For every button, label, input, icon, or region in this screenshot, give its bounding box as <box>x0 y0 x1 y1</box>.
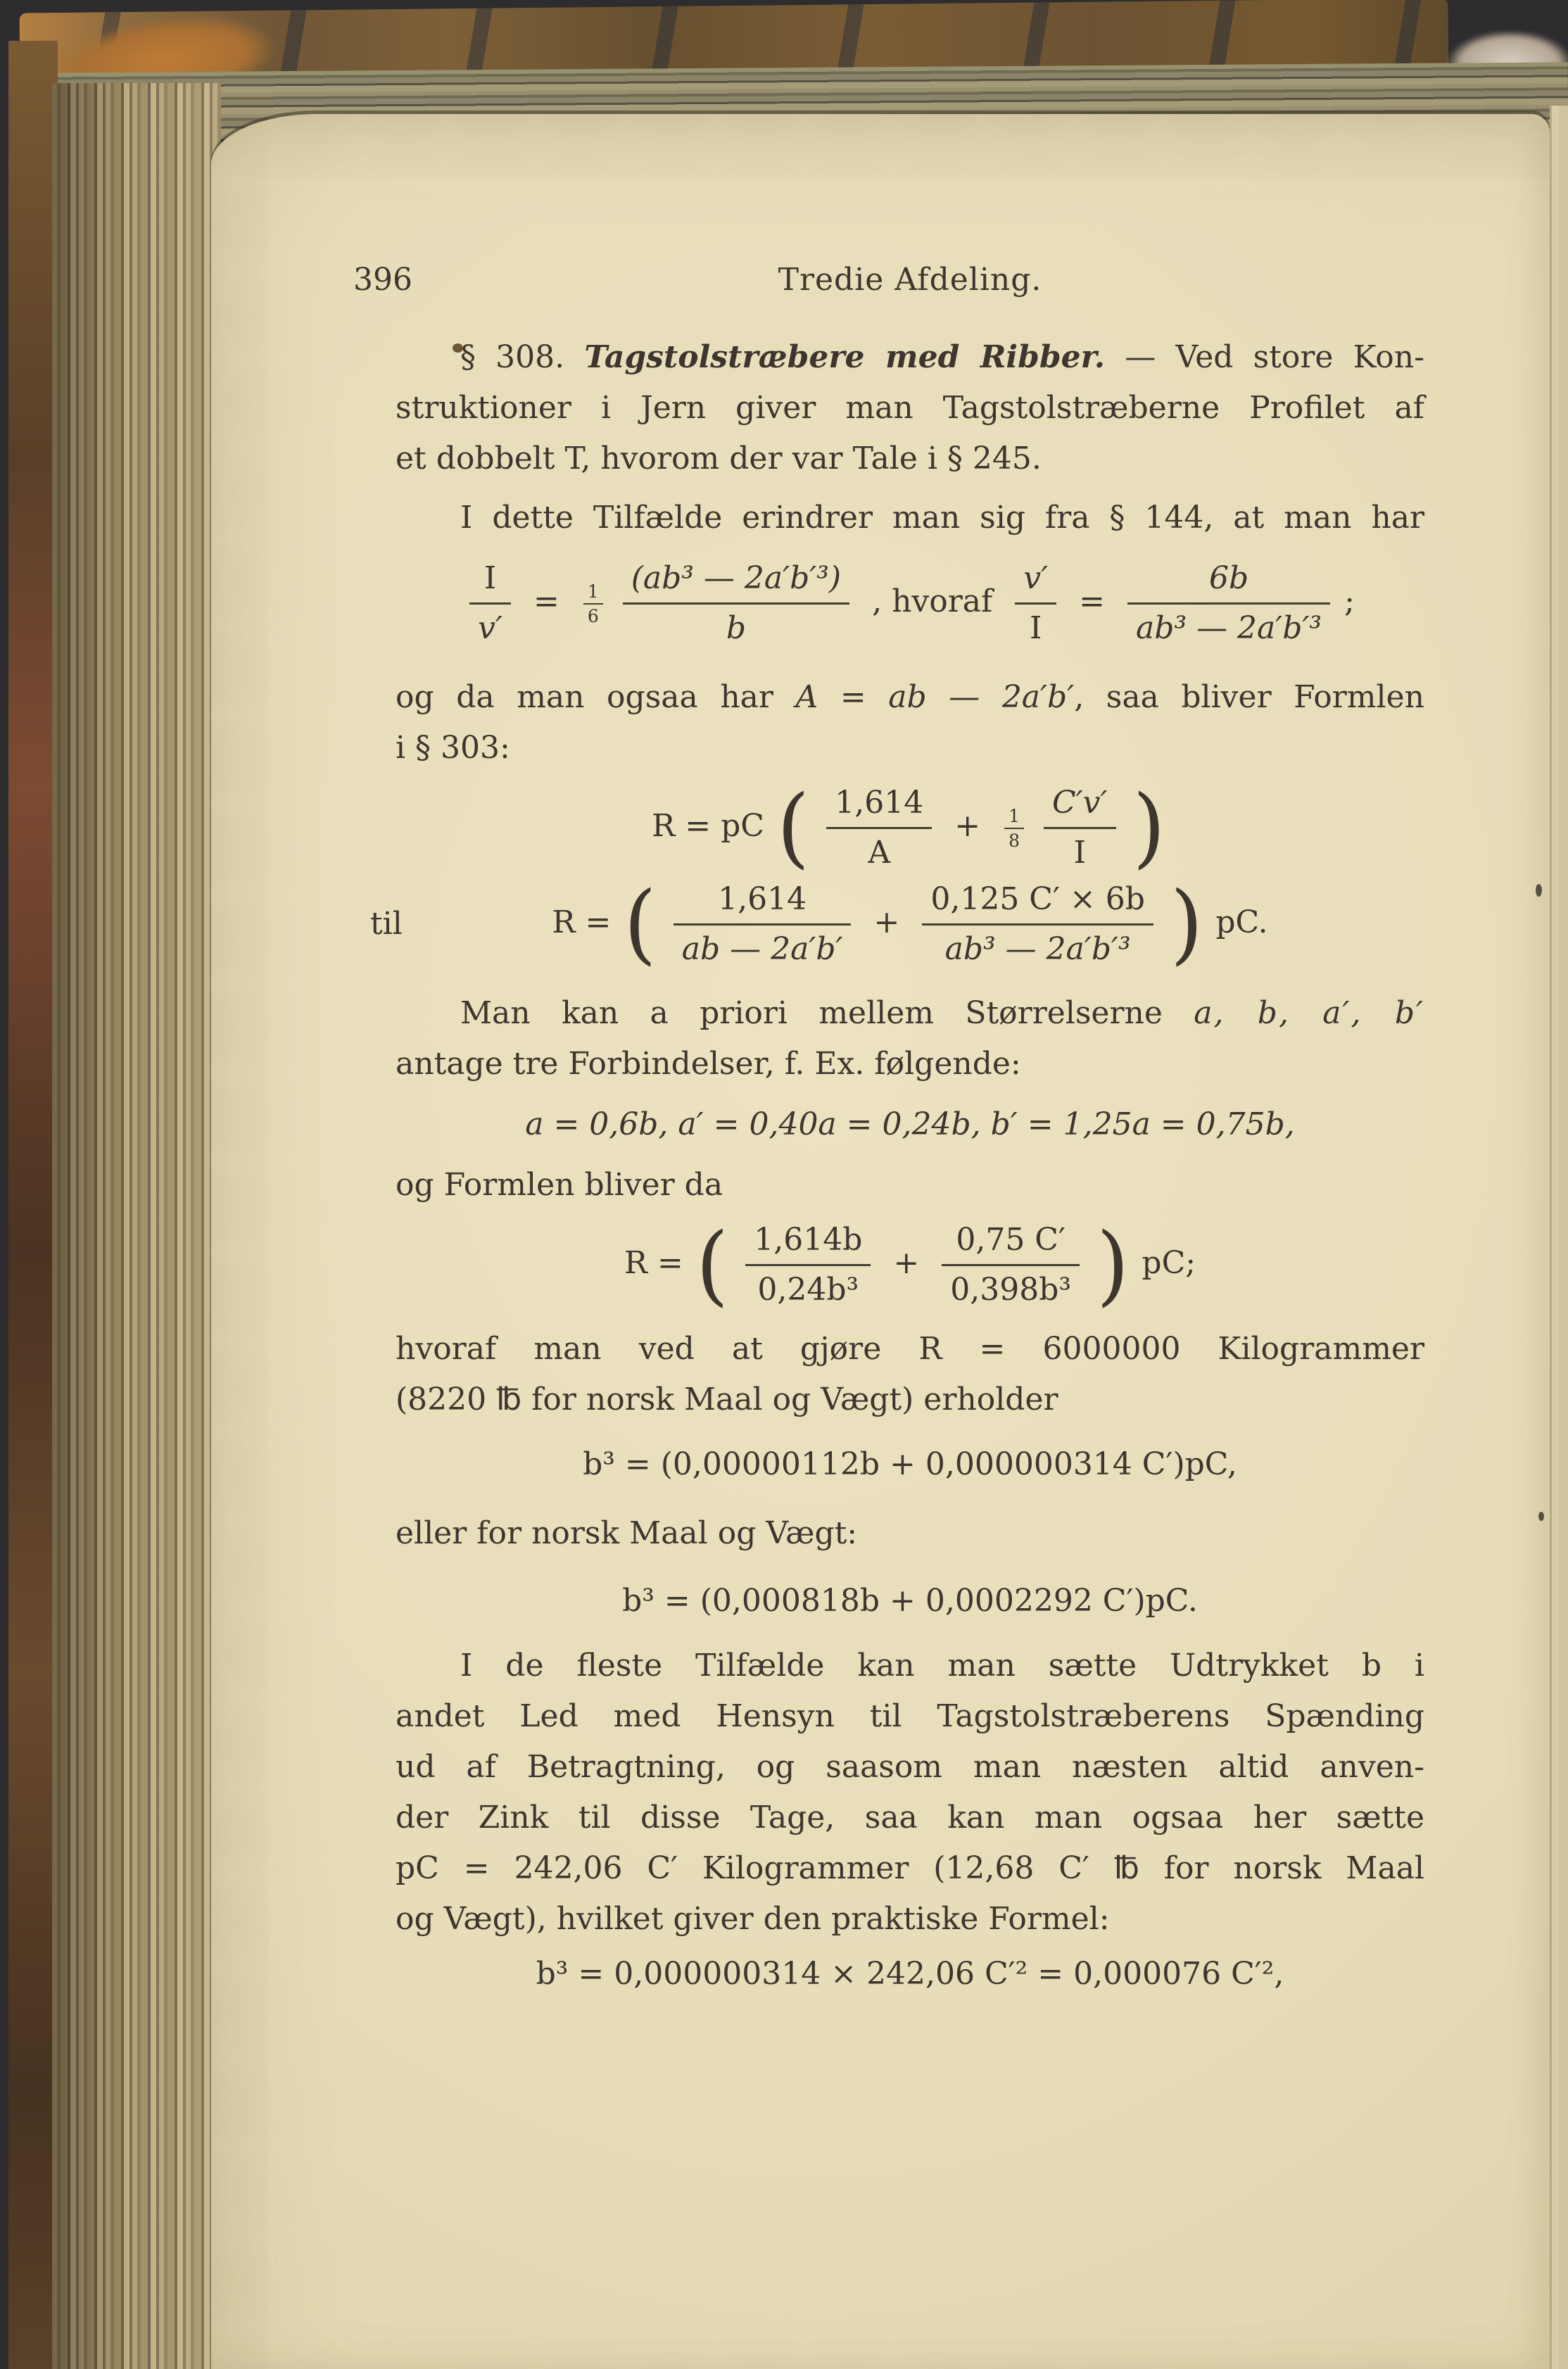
denominator: I <box>1044 829 1116 873</box>
math-operator: = <box>1079 583 1105 619</box>
math-text: pC; <box>1142 1245 1196 1281</box>
equation-b3-metric: b³ = (0,00000112b + 0,000000314 C′)pC, <box>396 1446 1424 1483</box>
paragraph-line: pC = 242,06 C′ Kilogrammer (12,68 C′ ℔ f… <box>396 1843 1424 1894</box>
paragraph-line: i § 303: <box>396 723 1424 773</box>
math-punctuation: ; <box>1344 583 1355 619</box>
paragraph-line: et dobbelt T, hvorom der var Tale i § 24… <box>396 434 1424 484</box>
math-operator: = <box>533 583 559 619</box>
math-text: R = <box>552 904 621 940</box>
paragraph-line: der Zink til disse Tage, saa kan man ogs… <box>396 1793 1424 1843</box>
paragraph-line: Man kan a priori mellem Størrelserne a, … <box>396 988 1424 1039</box>
equation-b3-practical: b³ = 0,000000314 × 242,06 C′² = 0,000076… <box>396 1956 1424 1992</box>
denominator: 0,24b³ <box>745 1266 871 1310</box>
math-text: pC. <box>1215 904 1267 940</box>
book-scan: 396 Tredie Afdeling. § 308. Tagstolstræb… <box>0 0 1568 2369</box>
math-operator: + <box>954 808 980 844</box>
paragraph-area: og da man ogsaa har A = ab — 2a′b′, saa … <box>396 672 1424 773</box>
paper-speck <box>1538 1512 1544 1521</box>
paragraph-line: hvoraf man ved at gjøre R = 6000000 Kilo… <box>396 1324 1424 1375</box>
math-text: R = pC <box>652 808 764 844</box>
math-small-fraction: 18 <box>1004 806 1024 849</box>
equation-b3-norsk: b³ = (0,000818b + 0,0002292 C′)pC. <box>396 1583 1424 1619</box>
math-fraction: v′I <box>1015 559 1056 648</box>
denominator: ab³ — 2a′b′³ <box>922 926 1153 969</box>
paragraph-hvoraf: hvoraf man ved at gjøre R = 6000000 Kilo… <box>396 1324 1424 1425</box>
paragraph-text: — Ved store Kon- <box>1125 339 1424 375</box>
denominator: 6 <box>583 605 603 625</box>
page-content: 396 Tredie Afdeling. § 308. Tagstolstræb… <box>396 255 1424 2007</box>
paragraph-line: og da man ogsaa har A = ab — 2a′b′, saa … <box>396 672 1424 723</box>
paragraph-308: § 308. Tagstolstræbere med Ribber. — Ved… <box>396 332 1424 484</box>
math-fraction: 1,614b0,24b³ <box>745 1220 871 1310</box>
formula-r-expanded: til R = ( 1,614ab — 2a′b′ + 0,125 C′ × 6… <box>396 880 1424 969</box>
denominator: 8 <box>1004 829 1024 849</box>
paragraph-line: § 308. Tagstolstræbere med Ribber. — Ved… <box>396 332 1424 383</box>
denominator: ab³ — 2a′b′³ <box>1127 605 1330 648</box>
math-fraction: 1,614A <box>826 783 932 873</box>
math-fraction: Iv′ <box>469 559 511 648</box>
math-inline: A = ab — 2a′b′ <box>796 679 1075 715</box>
formula-side-label: til <box>370 906 403 942</box>
numerator: C′v′ <box>1044 783 1116 829</box>
section-title: Tagstolstræbere med Ribber. <box>584 339 1105 375</box>
paragraph-line: struktioner i Jern giver man Tagstolstræ… <box>396 383 1424 434</box>
math-text: , hvoraf <box>872 583 992 619</box>
denominator: ab — 2a′b′ <box>674 926 852 969</box>
denominator: I <box>1015 605 1056 648</box>
math-fraction: C′v′I <box>1044 783 1116 873</box>
paragraph-final: I de fleste Tilfælde kan man sætte Udtry… <box>396 1641 1424 1945</box>
math-small-fraction: 16 <box>583 581 603 625</box>
paragraph-line: og Vægt), hvilket giver den praktiske Fo… <box>396 1894 1424 1945</box>
paragraph-line: ud af Betragtning, og saasom man næsten … <box>396 1742 1424 1793</box>
paragraph-line: og Formlen bliver da <box>396 1160 1424 1211</box>
paragraph-intro-formula: I dette Tilfælde erindrer man sig fra § … <box>396 493 1424 543</box>
paragraph-formlen: og Formlen bliver da <box>396 1160 1424 1211</box>
denominator: b <box>623 605 849 648</box>
math-operator: + <box>893 1245 919 1281</box>
paragraph-eller: eller for norsk Maal og Vægt: <box>396 1508 1424 1559</box>
equation-relations: a = 0,6b, a′ = 0,40a = 0,24b, b′ = 1,25a… <box>396 1106 1424 1143</box>
book-left-page-stack <box>52 83 221 2369</box>
paragraph-line: I de fleste Tilfælde kan man sætte Udtry… <box>396 1641 1424 1691</box>
numerator: 1,614 <box>674 880 852 926</box>
section-number: § 308. <box>460 339 564 375</box>
paragraph-relations: Man kan a priori mellem Størrelserne a, … <box>396 988 1424 1089</box>
numerator: 1 <box>1004 806 1024 829</box>
numerator: 0,75 C′ <box>942 1220 1080 1266</box>
paragraph-text: og da man ogsaa har <box>396 679 796 715</box>
page-number: 396 <box>353 255 412 305</box>
paragraph-line: eller for norsk Maal og Vægt: <box>396 1508 1424 1559</box>
numerator: I <box>469 559 511 605</box>
page-header: 396 Tredie Afdeling. <box>396 255 1424 305</box>
paper-speck <box>1536 884 1542 897</box>
paragraph-text: , saa bliver Formlen <box>1074 679 1424 715</box>
math-fraction: 1,614ab — 2a′b′ <box>674 880 852 969</box>
formula-r-general: R = pC ( 1,614A + 18 C′v′I ) <box>396 783 1424 873</box>
paragraph-line: (8220 ℔ for norsk Maal og Vægt) erholder <box>396 1375 1424 1425</box>
numerator: v′ <box>1015 559 1056 605</box>
math-inline: a, b, a′, b′ <box>1194 995 1424 1031</box>
numerator: 0,125 C′ × 6b <box>922 880 1153 926</box>
paragraph-line: antage tre Forbindelser, f. Ex. følgende… <box>396 1039 1424 1089</box>
formula-inertia: Iv′ = 16 (ab³ — 2a′b′³)b , hvoraf v′I = … <box>396 559 1424 648</box>
running-header: Tredie Afdeling. <box>396 255 1424 305</box>
numerator: 1,614 <box>826 783 932 829</box>
book-right-page-edge <box>1550 106 1568 2369</box>
paragraph-line: andet Led med Hensyn til Tagstolstræbere… <box>396 1691 1424 1742</box>
numerator: (ab³ — 2a′b′³) <box>623 559 849 605</box>
paragraph-text: Man kan a priori mellem Størrelserne <box>460 995 1194 1031</box>
book-left-cover-edge <box>8 41 58 2369</box>
math-operator: + <box>873 904 899 940</box>
denominator: 0,398b³ <box>942 1266 1080 1310</box>
math-fraction: 0,125 C′ × 6bab³ — 2a′b′³ <box>922 880 1153 969</box>
denominator: v′ <box>469 605 511 648</box>
formula-r-numeric: R = ( 1,614b0,24b³ + 0,75 C′0,398b³ ) pC… <box>396 1220 1424 1310</box>
paragraph-line: I dette Tilfælde erindrer man sig fra § … <box>396 493 1424 543</box>
math-fraction: 6bab³ — 2a′b′³ <box>1127 559 1330 648</box>
numerator: 1 <box>583 581 603 605</box>
math-fraction: (ab³ — 2a′b′³)b <box>623 559 849 648</box>
numerator: 1,614b <box>745 1220 871 1266</box>
numerator: 6b <box>1127 559 1330 605</box>
math-text: R = <box>624 1245 693 1281</box>
math-fraction: 0,75 C′0,398b³ <box>942 1220 1080 1310</box>
denominator: A <box>826 829 932 873</box>
